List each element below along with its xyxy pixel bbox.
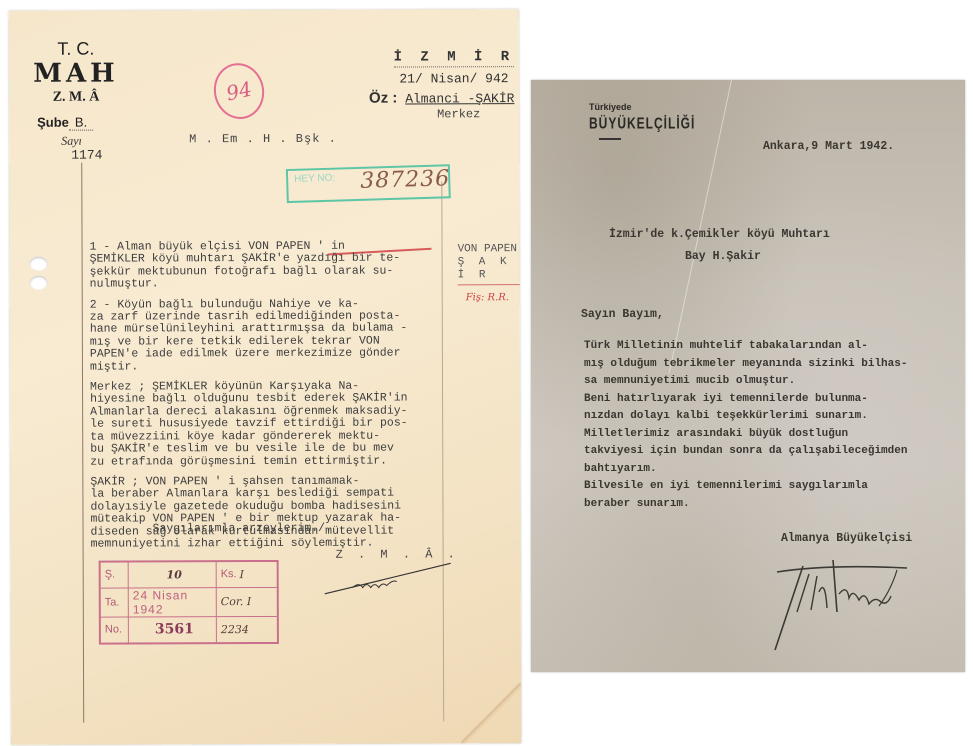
stamp-value: 10 [129,562,217,588]
letterhead-left: T. C. MAH Z. M. Â [31,39,121,106]
stamp-label: Ta. [101,588,129,617]
handwritten-signature: F.v.Papen [767,554,917,654]
report-body: 1 - Alman büyük elçisi VON PAPEN ' in ŞE… [90,240,441,559]
margin-note: VON PAPEN Ş A K İ R Fiş: R.R. [458,243,520,304]
subject-line: Öz : Almanci -ŞAKİR [369,89,514,107]
stamp-value: Cor. I [217,587,277,616]
sube-value: B. [69,115,93,131]
letter-body: Türk Milletinin muhtelif tabakalarından … [584,338,944,513]
state-label: T. C. [31,39,121,60]
stamp-label: Ş. [101,562,129,588]
right-document-page: Türkiyede BÜYÜKELÇİLİĞİ Ankara,9 Mart 19… [531,80,965,672]
margin-rule [81,163,84,723]
paragraph: ŞAKİR ; VON PAPEN ' i şahsen tanımamak- … [90,475,440,551]
signature-scribble [323,557,453,597]
sayi-number: 1174 [71,148,102,163]
paragraph: Milletlerimiz arasındaki büyük dostluğun… [584,426,944,479]
margin-rule [441,181,444,721]
paragraph: 2 - Köyün bağlı bulunduğu Nahiye ve ka- … [90,298,440,374]
letterhead-title: BÜYÜKELÇİLİĞİ [589,114,695,132]
embassy-letterhead: Türkiyede BÜYÜKELÇİLİĞİ [589,102,695,140]
city-label: İ Z M İ R [394,49,515,67]
paragraph: 1 - Alman büyük elçisi VON PAPEN ' in ŞE… [90,240,440,291]
stamp-value: 2234 [217,616,277,642]
stamp-side: Ks. I [217,562,277,588]
handwritten-note: Fiş: R.R. [466,291,520,304]
left-document-page: T. C. MAH Z. M. Â ŞubeB. Sayı 1174 94 İ … [9,9,522,745]
handwritten-circled-number: 94 [209,58,270,123]
subject-label: Öz : [369,90,397,107]
paragraph: Bilvesile en iyi temennilerimi saygıları… [584,478,944,513]
salutation: Sayın Bayım, [581,308,664,321]
letterhead-small: Türkiyede [589,102,695,112]
green-registry-stamp: HEY NO: 387236 [286,164,451,203]
stamp-date: 24 Nisan 1942 [129,588,217,617]
paragraph: Türk Milletinin muhtelif tabakalarından … [584,338,944,391]
stamp-value: I [240,568,244,581]
margin-note-line: Ş A K İ R [458,256,520,285]
stamp-label: Ks. [221,568,237,580]
letterhead-rule [599,138,621,140]
stamp-label: HEY NO: [294,173,335,185]
document-date: 21/ Nisan/ 942 [389,71,519,86]
paragraph: Beni hatırlıyarak iyi temennilerde bulun… [584,391,944,426]
page-fold [461,683,521,743]
sube-label: Şube [37,115,69,130]
paragraph: Merkez ; ŞEMİKLER köyünün Karşıyaka Na- … [90,380,440,468]
closing-line: Saygılarımla arzeylerim./. [153,522,332,536]
recipient-name: Bay H.Şakir [685,250,761,263]
stamp-label: No. [101,617,129,643]
sayi-label: Sayı [61,134,82,149]
letterhead-right: İ Z M İ R 21/ Nisan/ 942 [389,47,519,86]
stamp-number: 3561 [129,617,217,643]
punch-hole [30,276,48,290]
sube-field: ŞubeB. [37,115,93,130]
punch-hole [30,257,48,271]
signer-title: Almanya Büyükelçisi [781,532,912,545]
stamp-number: 387236 [360,166,451,194]
letter-date: Ankara,9 Mart 1942. [763,140,894,153]
subject-value: Almanci -ŞAKİR [405,91,514,106]
unit-label: Z. M. Â [31,90,121,106]
agency-title: MAH [31,60,121,88]
addressee: M . Em . H . Bşk . [189,132,337,147]
recipient-line: İzmir'de k.Çemikler köyü Muhtarı [609,228,830,241]
registry-stamp: Ş. 10 Ks. I Ta. 24 Nisan 1942 Cor. I No.… [99,560,279,645]
department-label: Merkez [437,107,480,121]
margin-note-line: VON PAPEN [458,243,520,256]
